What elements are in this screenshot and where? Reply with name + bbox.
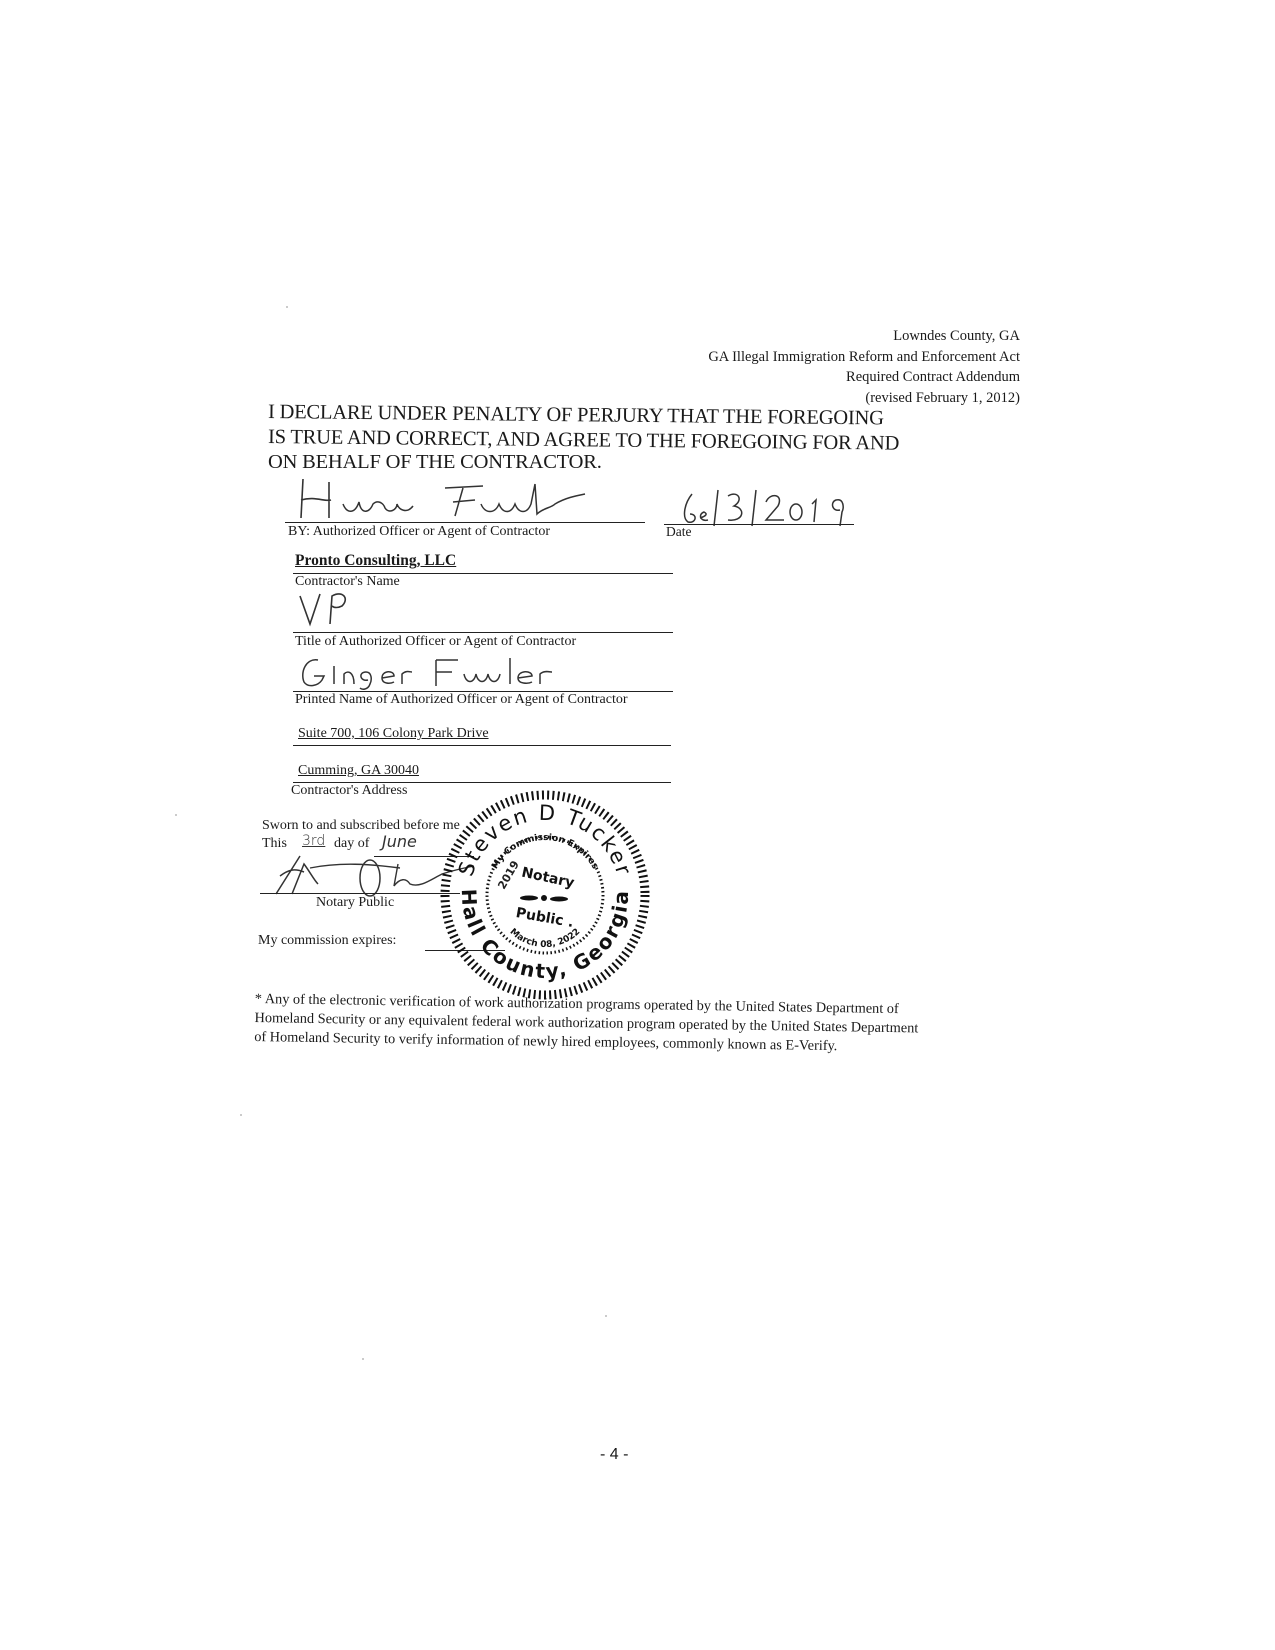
handwritten-date [672,488,862,528]
signature-label: BY: Authorized Officer or Agent of Contr… [288,524,550,540]
document-header: Lowndes County, GA GA Illegal Immigratio… [708,326,1020,408]
this-label: This [262,836,287,851]
address-label: Contractor's Address [291,783,407,799]
date-line [664,524,854,525]
header-county: Lowndes County, GA [708,326,1020,347]
seal-notary-word: Notary [520,865,576,892]
signature-line [285,522,645,523]
address-line-2: Cumming, GA 30040 [298,763,419,779]
seal-public-word: Public . [515,905,575,931]
date-field [672,488,862,528]
title-line [293,632,673,633]
handwritten-title [296,588,376,628]
header-act-title: GA Illegal Immigration Reform and Enforc… [708,347,1020,368]
handwritten-printed-name [296,652,596,692]
month-value: June [382,832,417,851]
address-line-1: Suite 700, 106 Colony Park Drive [298,726,489,742]
scan-speck [605,1315,607,1317]
scan-speck [362,1358,364,1360]
day-value: 3rd [302,833,325,849]
notary-signature-line [260,893,460,894]
title-label: Title of Authorized Officer or Agent of … [295,634,576,650]
printed-name-field [296,652,596,692]
date-label: Date [666,524,691,540]
handwritten-signature [285,474,645,524]
e-verify-footnote: * Any of the electronic verification of … [254,990,1015,1059]
scan-speck [286,306,288,308]
scan-speck [175,814,177,816]
title-field [296,588,376,628]
contractor-name-value: Pronto Consulting, LLC [295,552,456,570]
svg-text:Hall County, Georgia: Hall County, Georgia [457,888,633,983]
commission-expires-label: My commission expires: [258,933,396,949]
page-number: - 4 - [600,1446,628,1464]
notary-public-label: Notary Public [316,895,394,911]
header-addendum: Required Contract Addendum [708,367,1020,388]
signature-field [285,474,645,524]
notary-seal-stamp: Steven D Tucker Hall County, Georgia My … [440,790,650,1000]
address-line-1-rule [293,745,671,746]
printed-name-label: Printed Name of Authorized Officer or Ag… [295,692,628,708]
sworn-statement: Sworn to and subscribed before me [262,818,460,834]
seal-county: Hall County, Georgia [457,888,633,983]
perjury-declaration: I DECLARE UNDER PENALTY OF PERJURY THAT … [268,400,899,475]
scan-speck [240,1114,242,1116]
notary-seal: Steven D Tucker Hall County, Georgia My … [440,790,650,1000]
